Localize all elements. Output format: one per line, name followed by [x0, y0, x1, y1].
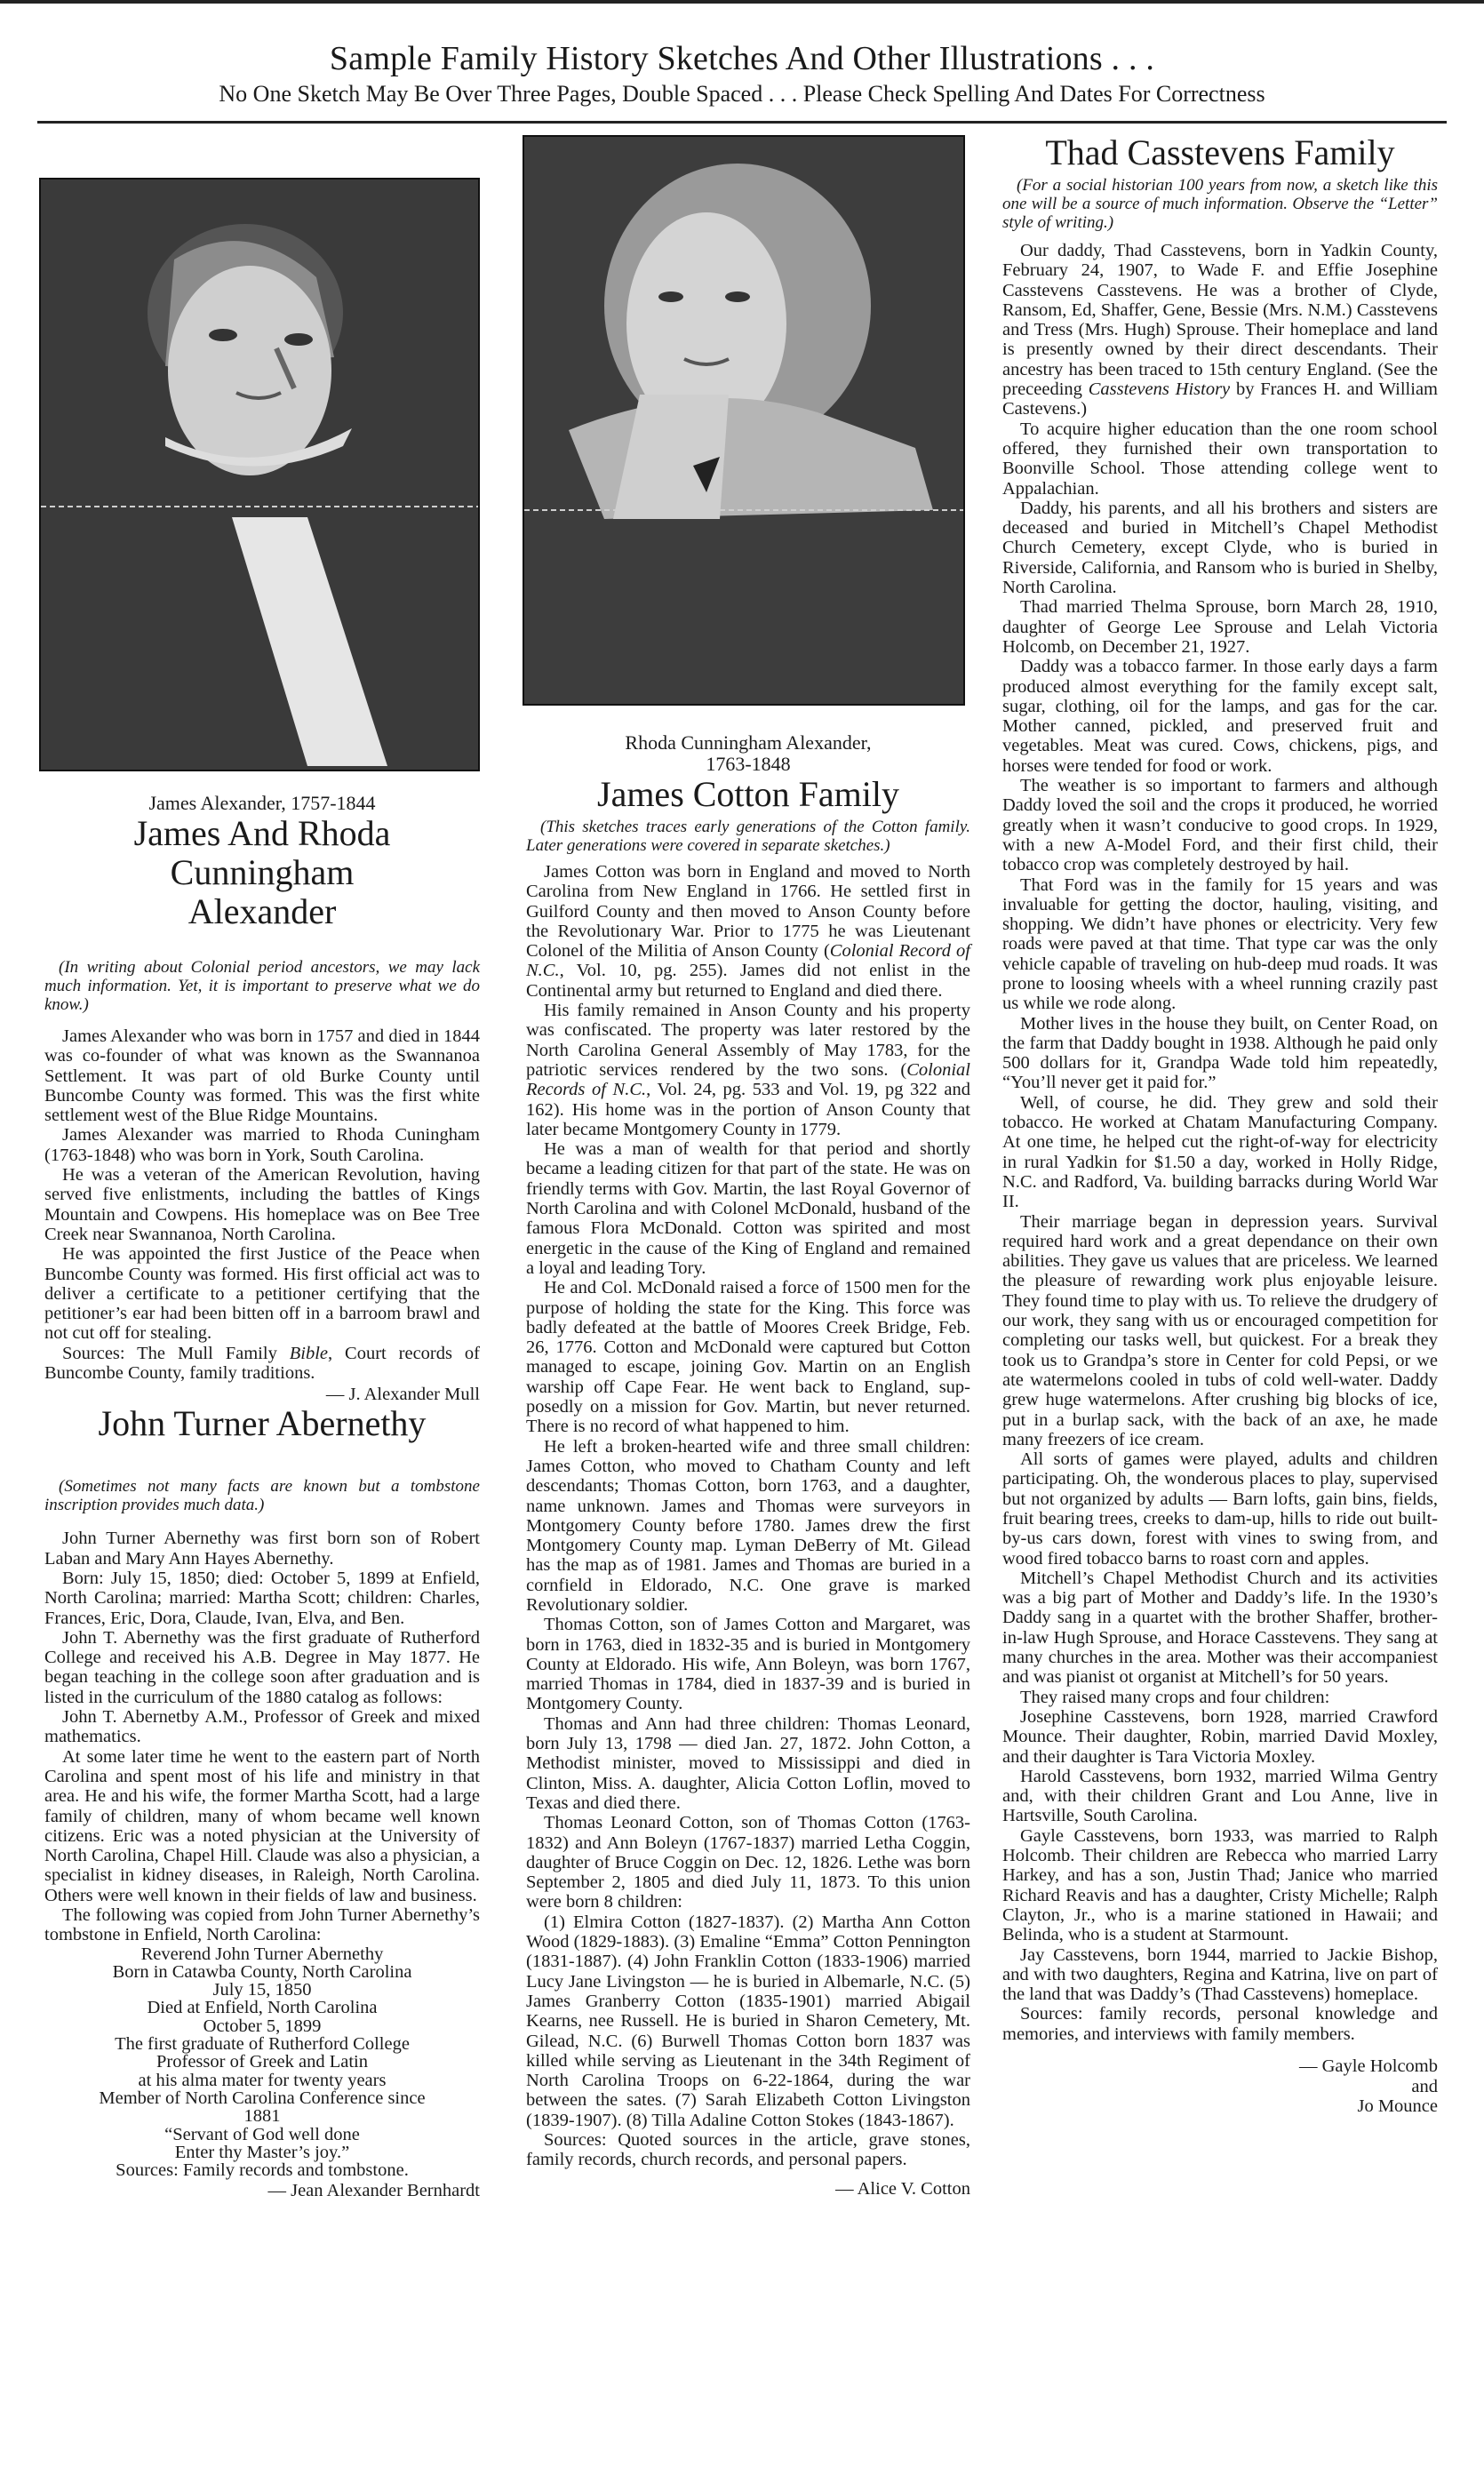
paragraph: John Turner Abernethy was first born son… — [44, 1529, 480, 1569]
sources-line: Sources: Family records and tombstone. — [44, 2161, 480, 2179]
portrait-caption: Rhoda Cunningham Alexander, 1763-1848 — [526, 732, 970, 775]
paragraph: Well, of course, he did. They grew and s… — [1002, 1093, 1438, 1212]
paragraph: Jay Casstevens, born 1944, married to Ja… — [1002, 1945, 1438, 2005]
paragraph: John T. Abernetby A.M., Professor of Gre… — [44, 1707, 480, 1747]
paragraph: James Alexander who was born in 1757 and… — [44, 1026, 480, 1125]
paragraph: Gayle Casstevens, born 1933, was married… — [1002, 1826, 1438, 1945]
signature-line: and — [1002, 2077, 1438, 2097]
title-line: James And Rhoda — [44, 814, 480, 853]
title-line: Cunningham — [44, 853, 480, 892]
inscription-line: Reverend John Turner Abernethy — [44, 1945, 480, 1963]
tombstone-inscription: Reverend John Turner Abernethy Born in C… — [44, 1945, 480, 2180]
sketch-title-casstevens: Thad Casstevens Family — [1002, 133, 1438, 172]
text: Our daddy, Thad Casstevens, born in Yadk… — [1002, 241, 1438, 399]
paragraph: Their marriage began in depression years… — [1002, 1212, 1438, 1450]
inscription-line: Born in Catawba County, North Carolina — [44, 1963, 480, 1981]
sketch-intro: (Sometimes not many facts are known but … — [44, 1477, 480, 1514]
caption-line: Rhoda Cunningham Alexander, — [526, 732, 970, 754]
page-subtitle: No One Sketch May Be Over Three Pages, D… — [0, 80, 1484, 108]
top-border-rule — [0, 0, 1484, 4]
paragraph: He and Col. McDonald raised a force of 1… — [526, 1278, 970, 1436]
paragraph: Thomas Leonard Cotton, son of Thomas Cot… — [526, 1813, 970, 1912]
paragraph: Mother lives in the house they built, on… — [1002, 1014, 1438, 1093]
page-header: Sample Family History Sketches And Other… — [0, 39, 1484, 108]
paragraph: He was appointed the first Justice of th… — [44, 1244, 480, 1343]
text: , Vol. 10, pg. 255). James did not enlis… — [526, 961, 970, 1000]
signature-line: Jo Mounce — [1002, 2096, 1438, 2117]
title-line: Alexander — [44, 892, 480, 931]
paragraph: Thad married Thelma Sprouse, born March … — [1002, 597, 1438, 657]
page-title: Sample Family History Sketches And Other… — [0, 39, 1484, 78]
sketch-title-alexander: James And Rhoda Cunningham Alexander — [44, 814, 480, 931]
inscription-line: Professor of Greek and Latin — [44, 2053, 480, 2071]
sketch-body-abernethy: John Turner Abernethy was first born son… — [44, 1529, 480, 1944]
sketch-intro: (In writing about Colonial period ancest… — [44, 958, 480, 1014]
paragraph: John T. Abernethy was the first graduate… — [44, 1628, 480, 1707]
inscription-line: 1881 — [44, 2107, 480, 2125]
paragraph: To acquire higher education than the one… — [1002, 419, 1438, 499]
source-title: Casstevens History — [1089, 379, 1230, 399]
inscription-line: October 5, 1899 — [44, 2017, 480, 2035]
sketch-body-casstevens: Our daddy, Thad Casstevens, born in Yadk… — [1002, 241, 1438, 2044]
column-right: Thad Casstevens Family (For a social his… — [1002, 133, 1438, 2117]
sketch-body-alexander: James Alexander who was born in 1757 and… — [44, 1026, 480, 1383]
header-divider — [37, 121, 1447, 124]
sources-text: Sources: The Mull Family — [62, 1344, 290, 1363]
paragraph: James Cotton was born in England and mov… — [526, 862, 970, 1001]
signature-line: — Gayle Holcomb — [1002, 2056, 1438, 2077]
sketch-intro: (This sketches traces early generations … — [526, 818, 970, 855]
paragraph: (1) Elmira Cotton (1827-1837). (2) Marth… — [526, 1912, 970, 2130]
paragraph: Born: July 15, 1850; died: October 5, 18… — [44, 1569, 480, 1628]
portrait-james-alexander — [39, 178, 480, 771]
paragraph: That Ford was in the family for 15 years… — [1002, 875, 1438, 1014]
inscription-line: Enter thy Master’s joy.” — [44, 2144, 480, 2161]
paragraph: The following was copied from John Turne… — [44, 1905, 480, 1945]
paragraph: He left a broken-hearted wife and three … — [526, 1437, 970, 1616]
woman-portrait-icon — [524, 137, 963, 704]
paragraph: Daddy, his parents, and all his brothers… — [1002, 499, 1438, 597]
inscription-line: at his alma mater for twenty years — [44, 2072, 480, 2089]
portrait-rhoda-alexander — [523, 135, 965, 706]
paragraph: His family remained in Anson County and … — [526, 1001, 970, 1139]
paragraph: Mitchell’s Chapel Methodist Church and i… — [1002, 1569, 1438, 1688]
sketch-body-cotton: James Cotton was born in England and mov… — [526, 862, 970, 2170]
portrait-caption: James Alexander, 1757-1844 — [44, 793, 480, 814]
signature-block: — Gayle Holcomb and Jo Mounce — [1002, 2056, 1438, 2117]
sketch-intro: (For a social historian 100 years from n… — [1002, 176, 1438, 232]
sketch-title-cotton: James Cotton Family — [526, 775, 970, 814]
paragraph: He was a veteran of the American Revolut… — [44, 1165, 480, 1244]
inscription-line: The first graduate of Rutherford College — [44, 2035, 480, 2053]
column-middle: Rhoda Cunningham Alexander, 1763-1848 Ja… — [526, 133, 970, 2199]
source-title: Bible — [290, 1344, 328, 1363]
paragraph: Harold Casstevens, born 1932, married Wi… — [1002, 1767, 1438, 1826]
paragraph: James Alexander was married to Rhoda Cun… — [44, 1125, 480, 1165]
paragraph: Our daddy, Thad Casstevens, born in Yadk… — [1002, 241, 1438, 419]
paragraph: Josephine Casstevens, born 1928, married… — [1002, 1707, 1438, 1767]
signature: — Jean Alexander Bernhardt — [44, 2181, 480, 2200]
text: His family remained in Anson County and … — [526, 1001, 970, 1080]
sources-paragraph: Sources: Quoted sources in the article, … — [526, 2130, 970, 2170]
sources-paragraph: Sources: family records, personal knowle… — [1002, 2004, 1438, 2044]
signature: — J. Alexander Mull — [44, 1385, 480, 1404]
column-left: James Alexander, 1757-1844 James And Rho… — [44, 133, 480, 2200]
paragraph: Daddy was a tobacco farmer. In those ear… — [1002, 657, 1438, 776]
paragraph: The weather is so important to farmers a… — [1002, 776, 1438, 874]
inscription-line: Died at Enfield, North Carolina — [44, 1999, 480, 2016]
inscription-line: Member of North Carolina Conference sinc… — [44, 2089, 480, 2107]
caption-line: 1763-1848 — [526, 754, 970, 775]
inscription-line: July 15, 1850 — [44, 1981, 480, 1999]
paragraph: They raised many crops and four children… — [1002, 1688, 1438, 1707]
paragraph: At some later time he went to the easter… — [44, 1747, 480, 1905]
paragraph: He was a man of wealth for that period a… — [526, 1139, 970, 1278]
signature: — Alice V. Cotton — [526, 2179, 970, 2199]
sources-paragraph: Sources: The Mull Family Bible, Court re… — [44, 1344, 480, 1384]
paragraph: Thomas Cotton, son of James Cotton and M… — [526, 1615, 970, 1713]
sketch-title-abernethy: John Turner Abernethy — [44, 1404, 480, 1443]
man-portrait-icon — [41, 180, 478, 770]
paragraph: Thomas and Ann had three children: Thoma… — [526, 1714, 970, 1813]
inscription-line: “Servant of God well done — [44, 2126, 480, 2144]
paragraph: All sorts of games were played, adults a… — [1002, 1449, 1438, 1569]
